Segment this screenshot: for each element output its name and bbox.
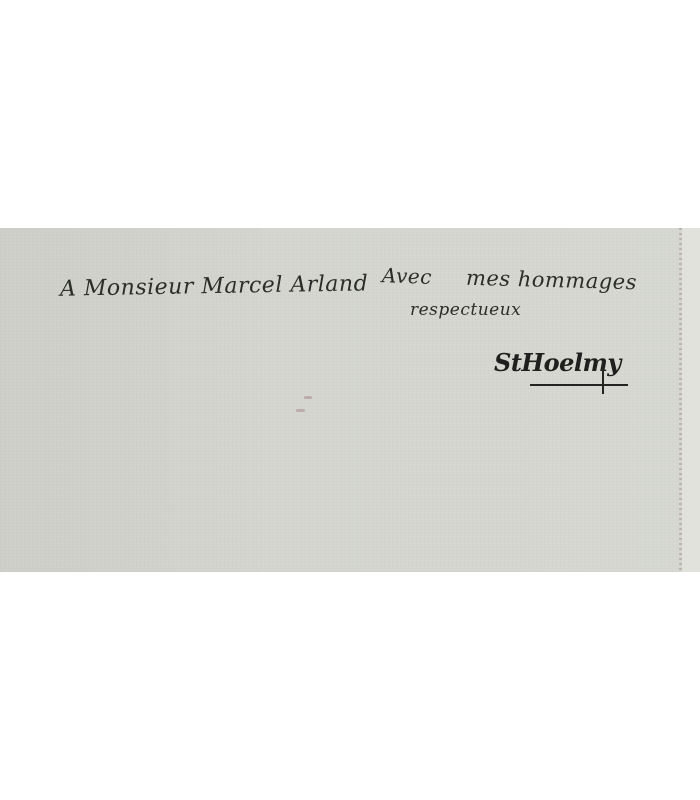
ink-smudge — [304, 396, 312, 399]
paper-edge-margin — [682, 228, 700, 572]
dedication-avec: Avec — [382, 263, 433, 289]
photo-stage: A Monsieur Marcel Arland Avec mes hommag… — [0, 0, 700, 800]
signature-flourish — [602, 362, 604, 394]
dedication-respectueux: respectueux — [410, 300, 521, 320]
paper-sheet: A Monsieur Marcel Arland Avec mes hommag… — [0, 228, 700, 572]
dedication-recipient: A Monsieur Marcel Arland — [60, 271, 369, 301]
deckle-edge — [679, 228, 682, 572]
dedication-hommages: mes hommages — [466, 266, 638, 294]
signature-underline — [530, 384, 628, 386]
ink-smudge — [296, 409, 305, 412]
